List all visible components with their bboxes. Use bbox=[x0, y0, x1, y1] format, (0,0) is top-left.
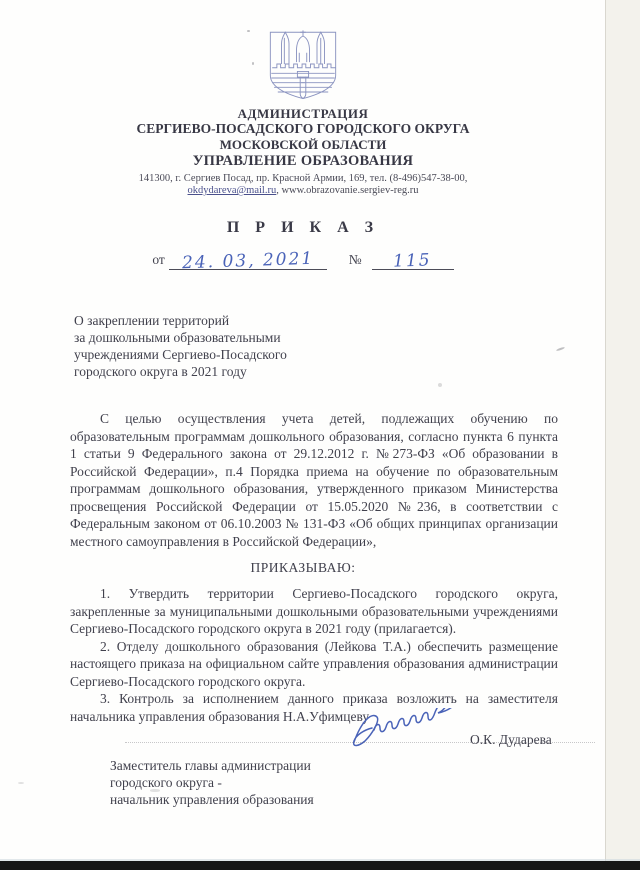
scan-speck bbox=[18, 782, 24, 784]
scanner-bottom-bar bbox=[0, 861, 640, 870]
org-name-line2: СЕРГИЕВО-ПОСАДСКОГО ГОРОДСКОГО ОКРУГА bbox=[0, 121, 606, 137]
resolve-word: ПРИКАЗЫВАЮ: bbox=[0, 560, 606, 576]
order-item-3: 3. Контроль за исполнением данного прика… bbox=[70, 690, 558, 725]
org-name-line3: МОСКОВСКОЙ ОБЛАСТИ bbox=[0, 137, 606, 152]
scan-speck bbox=[252, 62, 254, 65]
letterhead: АДМИНИСТРАЦИЯ СЕРГИЕВО-ПОСАДСКОГО ГОРОДС… bbox=[0, 106, 606, 197]
org-name-line4: УПРАВЛЕНИЕ ОБРАЗОВАНИЯ bbox=[0, 153, 606, 170]
date-prefix-label: от bbox=[152, 252, 164, 267]
order-subject: О закреплении территорий за дошкольными … bbox=[74, 312, 606, 380]
document-title: П Р И К А З bbox=[0, 219, 606, 237]
scan-speck bbox=[247, 30, 250, 32]
signer-post: Заместитель главы администрации городско… bbox=[110, 757, 606, 808]
handwritten-number: 115 bbox=[393, 251, 432, 272]
org-website: , www.obrazovanie.sergiev-reg.ru bbox=[276, 185, 418, 196]
date-number-row: от24. 03, 2021№115 bbox=[0, 249, 606, 270]
scan-noise-line bbox=[125, 742, 595, 743]
preamble-paragraph: С целью осуществления учета детей, подле… bbox=[70, 410, 558, 550]
signer-name: О.К. Дударева bbox=[470, 732, 552, 748]
scanned-document-page: АДМИНИСТРАЦИЯ СЕРГИЕВО-ПОСАДСКОГО ГОРОДС… bbox=[0, 0, 640, 870]
order-item-1: 1. Утвердить территории Сергиево-Посадск… bbox=[70, 585, 558, 638]
org-address: 141300, г. Сергиев Посад, пр. Красной Ар… bbox=[0, 173, 606, 185]
scan-speck bbox=[438, 383, 442, 387]
scan-page-edge bbox=[605, 0, 640, 862]
date-underline: 24. 03, 2021 bbox=[169, 249, 327, 270]
order-items: 1. Утвердить территории Сергиево-Посадск… bbox=[70, 585, 558, 725]
scan-speck bbox=[150, 789, 160, 792]
number-underline: 115 bbox=[372, 249, 454, 270]
order-item-2: 2. Отделу дошкольного образования (Лейко… bbox=[70, 638, 558, 691]
coat-of-arms-icon bbox=[261, 24, 345, 104]
org-email-link: okdydareva@mail.ru bbox=[188, 185, 277, 196]
org-name-line1: АДМИНИСТРАЦИЯ bbox=[0, 106, 606, 121]
number-sign-label: № bbox=[349, 252, 362, 267]
handwritten-date: 24. 03, 2021 bbox=[181, 249, 314, 274]
org-contacts: okdydareva@mail.ru, www.obrazovanie.serg… bbox=[0, 185, 606, 197]
handwritten-signature-icon bbox=[348, 708, 468, 752]
